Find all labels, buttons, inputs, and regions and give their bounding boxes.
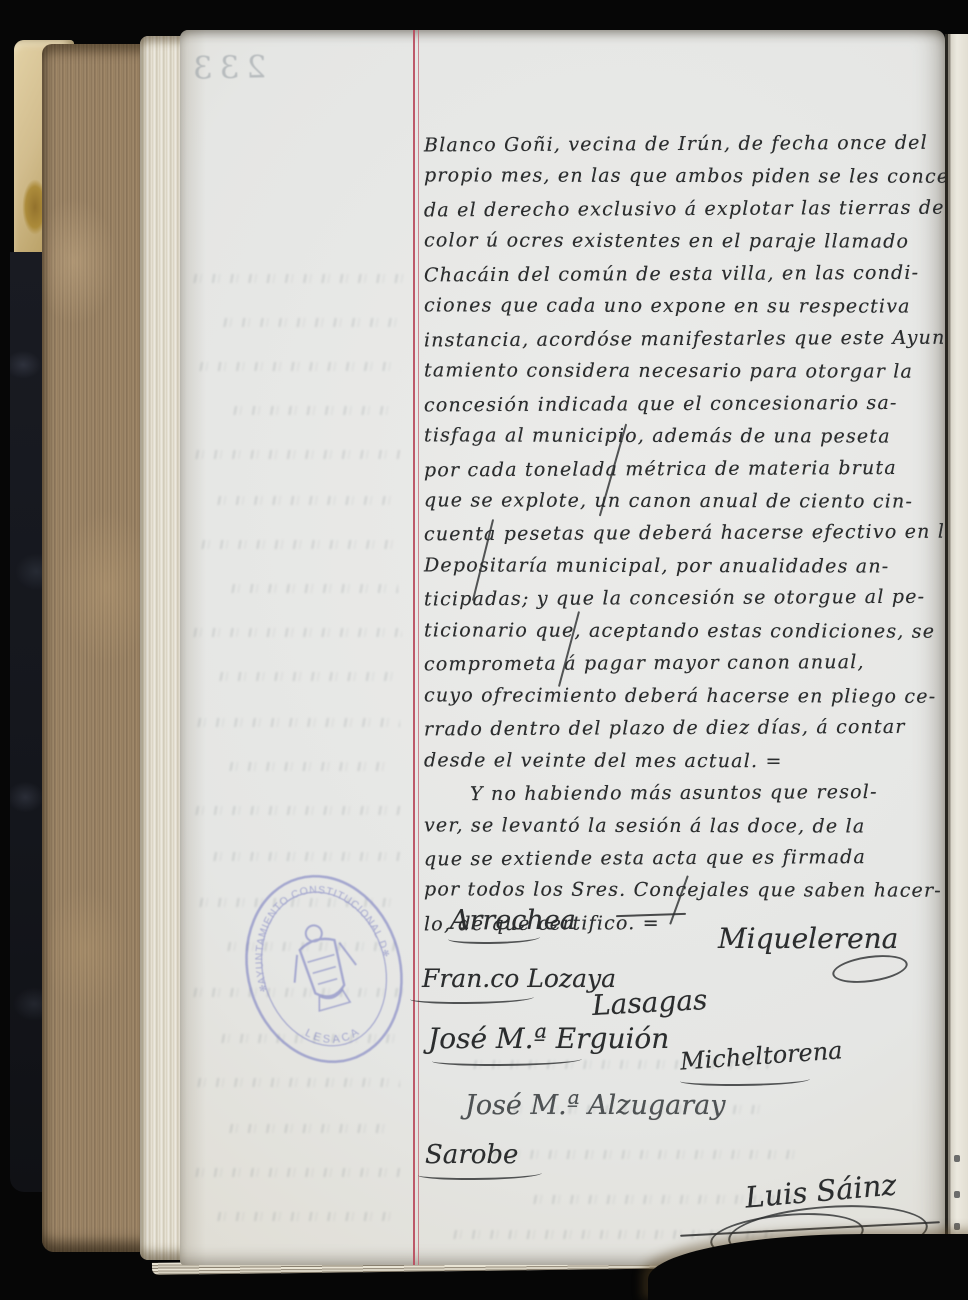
manuscript-line: ticionario que, aceptando estas condicio… [424,614,944,648]
svg-text:AYUNTAMIENTO CONSTITUCIONAL DE: AYUNTAMIENTO CONSTITUCIONAL DE [211,846,390,993]
manuscript-line: ciones que cada uno expone en su respect… [424,290,944,324]
stamp-separator: ✻ [381,947,391,959]
manuscript-line: por cada tonelada métrica de materia bru… [424,451,944,486]
page-fore-edge [42,44,150,1252]
manuscript-line: concesión indicada que el concesionario … [424,386,944,421]
manuscript-page: 233 Blanco Goñi, veci [180,30,945,1265]
signature-swash [831,951,910,987]
manuscript-line: ver, se levantó la sesión á las doce, de… [424,809,944,843]
manuscript-line: rrado dentro del plazo de diez días, á c… [424,711,944,746]
manuscript-line: da el derecho exclusivo á explotar las t… [424,192,944,227]
stamp-arc-top: AYUNTAMIENTO CONSTITUCIONAL DE [211,846,390,993]
stamp-crest [281,917,366,1015]
signature-swash [448,932,540,944]
signature-erguion: José M.ª Erguión [428,1022,669,1055]
manuscript-line: cuyo ofrecimiento deberá hacerse en plie… [424,679,944,713]
ink-mark [954,1223,960,1230]
signature-lozaya: Fran.co Lozaya [422,964,616,993]
signature-lasagas: Lasagas [591,983,708,1022]
stamp-arc-bottom: LESACA [301,1013,365,1055]
manuscript-line: color ú ocres existentes en el paraje ll… [424,225,944,259]
manuscript-line: desde el veinte del mes actual. = [424,744,944,778]
manuscript-line: Y no habiendo más asuntos que resol- [424,776,944,811]
margin-rule-inner [418,30,419,1265]
facing-page-sliver [945,34,968,1260]
manuscript-line: cuenta pesetas que deberá hacerse efecti… [424,516,944,551]
signature-micheltorena: Micheltorena [679,1036,843,1075]
signature-swash [680,1074,810,1086]
ink-mark [954,1155,960,1162]
manuscript-line: que se extiende esta acta que es firmada [424,841,944,876]
manuscript-line: comprometa á pagar mayor canon anual, [424,646,944,681]
signature-swash [418,1168,542,1180]
manuscript-line: propio mes, en las que ambos piden se le… [424,160,944,194]
manuscript-line: tisfaga al municipio, además de una pese… [424,419,944,453]
book-photo: 233 Blanco Goñi, veci [0,0,968,1300]
signature-sarobe: Sarobe [425,1140,518,1170]
manuscript-line: tamiento considera necesario para otorga… [424,354,944,388]
manuscript-line: instancia, acordóse manifestarles que es… [424,321,944,356]
signature-alzugaray: José M.ª Alzugaray [465,1090,726,1121]
manuscript-text: Blanco Goñi, vecina de Irún, de fecha on… [424,128,944,939]
manuscript-line: por todos los Sres. Concejales que saben… [424,874,944,908]
municipal-stamp: AYUNTAMIENTO CONSTITUCIONAL DE LESACA ✻ … [211,846,437,1093]
manuscript-line: Blanco Goñi, vecina de Irún, de fecha on… [424,127,944,162]
manuscript-line: que se explote, un canon anual de ciento… [424,484,944,518]
manuscript-line: ticipadas; y que la concesión se otorgue… [424,581,944,616]
margin-rule [413,30,415,1265]
manuscript-line: Chacáin del común de esta villa, en las … [424,256,944,291]
svg-text:LESACA: LESACA [301,1013,365,1055]
manuscript-line: Depositaría municipal, por anualidades a… [424,549,944,583]
page-number-bleedthrough: 233 [186,49,267,86]
stamp-separator: ✻ [258,983,268,995]
ink-mark [954,1191,960,1198]
signature-miquelerena: Miquelerena [718,922,898,955]
signature-swash [410,992,534,1004]
